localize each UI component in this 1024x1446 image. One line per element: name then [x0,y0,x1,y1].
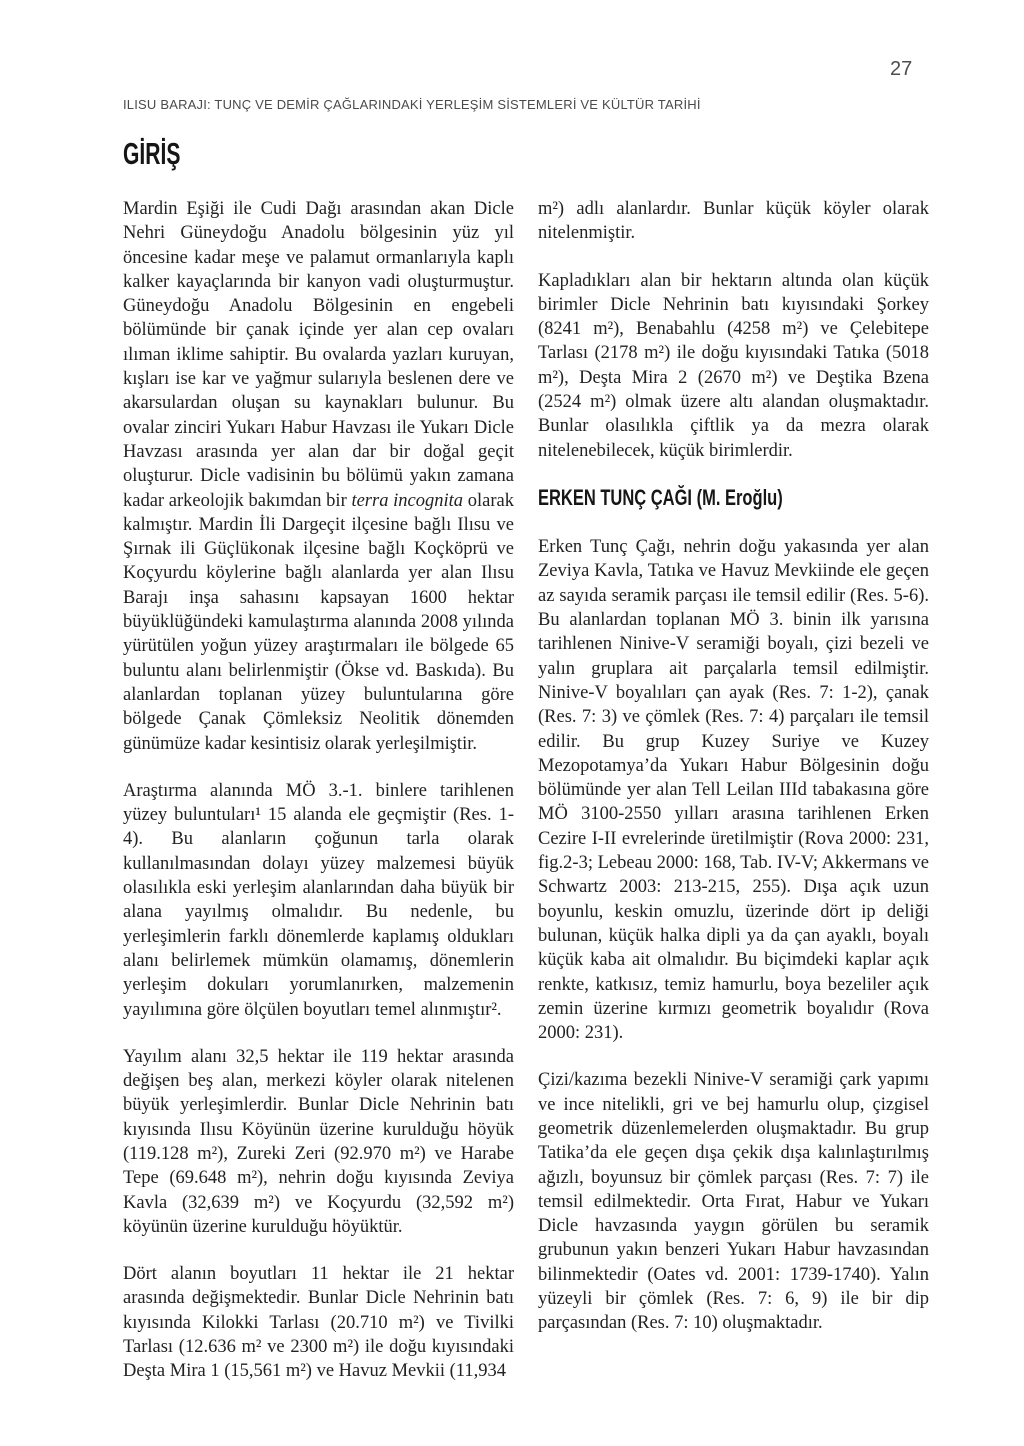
right-column: m²) adlı alanlardır. Bunlar küçük köyler… [538,197,929,1384]
paragraph-geography: Mardin Eşiği ile Cudi Dağı arasından aka… [123,197,514,756]
document-page: 27 ILISU BARAJI: TUNÇ VE DEMİR ÇAĞLARIND… [0,0,1024,1446]
left-column: Mardin Eşiği ile Cudi Dağı arasından aka… [123,197,514,1384]
paragraph-incised-ninive-v: Çizi/kazıma bezekli Ninive-V seramiği ça… [538,1068,929,1335]
paragraph-small-units: Kapladıkları alan bir hektarın altında o… [538,269,929,463]
paragraph-large-settlements: Yayılım alanı 32,5 hektar ile 119 hektar… [123,1045,514,1239]
running-header: ILISU BARAJI: TUNÇ VE DEMİR ÇAĞLARINDAKİ… [123,97,943,112]
section-heading-giris: GİRİŞ [123,138,207,169]
paragraph-early-bronze-age: Erken Tunç Çağı, nehrin doğu yakasında y… [538,535,929,1045]
page-number: 27 [890,58,912,81]
section-heading-erken-tunc-label: ERKEN TUNÇ ÇAĞI (M. Eroğlu) [538,486,783,510]
section-heading-giris-label: GİRİŞ [123,138,180,169]
section-heading-erken-tunc: ERKEN TUNÇ ÇAĞI (M. Eroğlu) [538,486,929,510]
paragraph-four-areas: Dört alanın boyutları 11 hektar ile 21 h… [123,1262,514,1383]
paragraph-small-villages: m²) adlı alanlardır. Bunlar küçük köyler… [538,197,929,246]
paragraph-survey-finds: Araştırma alanında MÖ 3.-1. binlere tari… [123,779,514,1022]
two-column-text-block: Mardin Eşiği ile Cudi Dağı arasından aka… [123,197,930,1384]
